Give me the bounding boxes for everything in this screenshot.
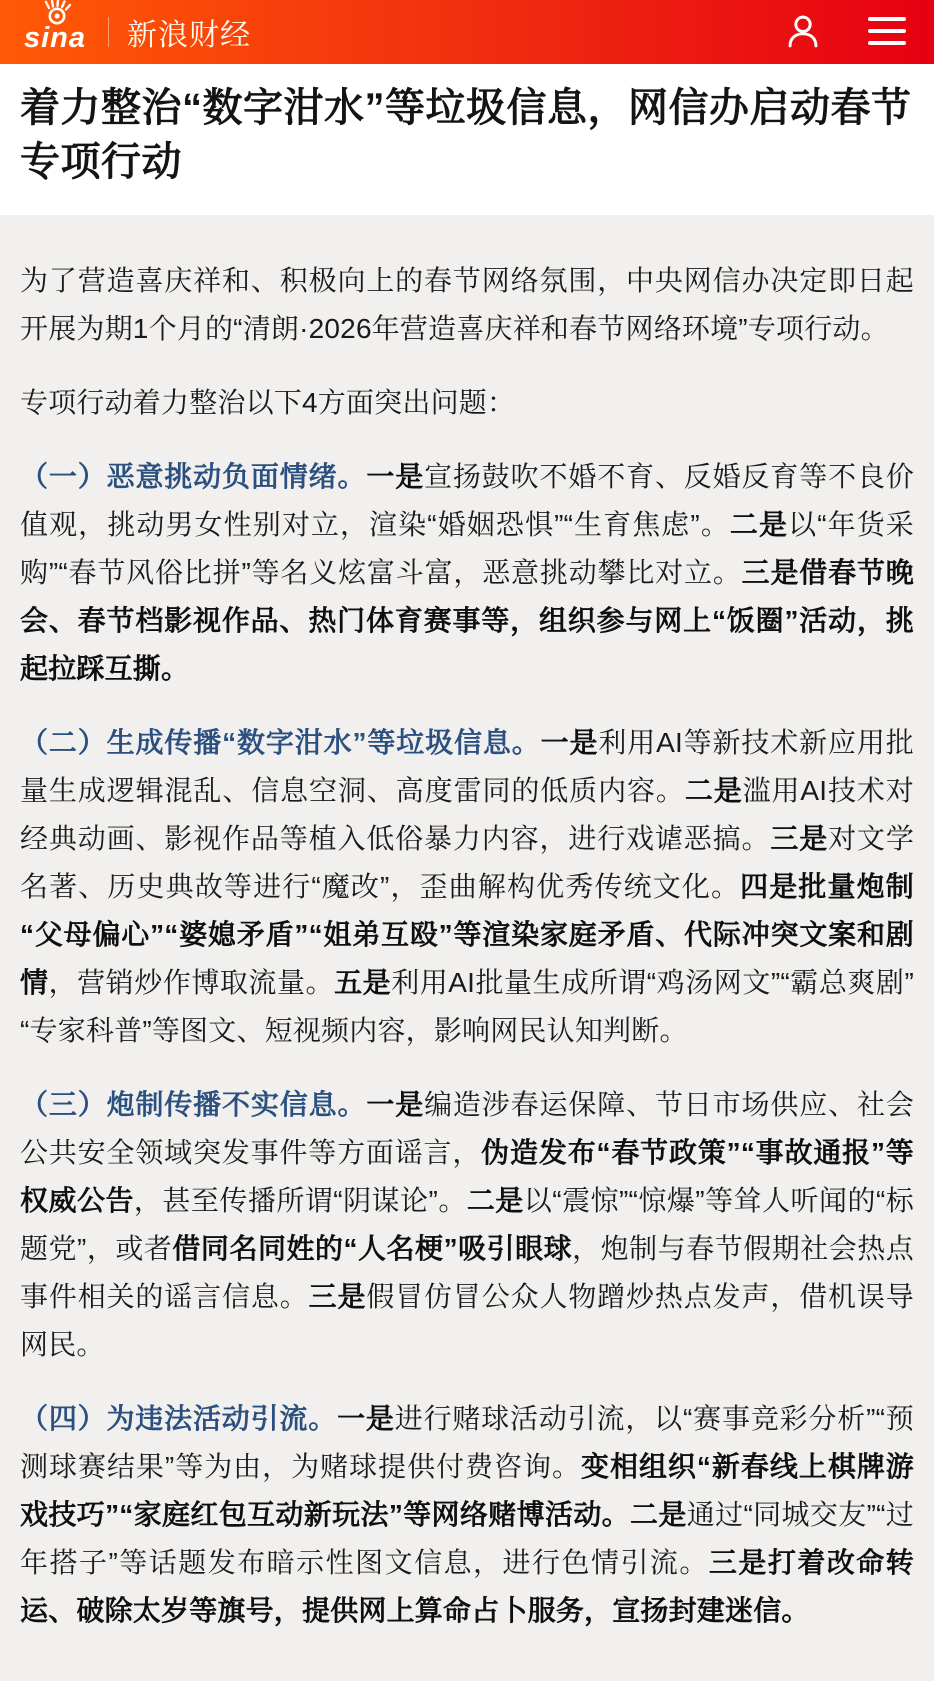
article-title: 着力整治“数字泔水”等垃圾信息，网信办启动春节专项行动 — [20, 81, 912, 189]
user-icon — [782, 10, 824, 55]
article-paragraph: 为了营造喜庆祥和、积极向上的春节网络氛围，中央网信办决定即日起开展为期1个月的“… — [20, 257, 914, 353]
title-section: 着力整治“数字泔水”等垃圾信息，网信办启动春节专项行动 — [0, 64, 934, 215]
article-paragraph: （二）生成传播“数字泔水”等垃圾信息。一是利用AI等新技术新应用批量生成逻辑混乱… — [20, 719, 914, 1055]
section-heading: （二）生成传播“数字泔水”等垃圾信息。 — [20, 727, 541, 758]
article-paragraph: （三）炮制传播不实信息。一是编造涉春运保障、节日市场供应、社会公共安全领域突发事… — [20, 1081, 914, 1369]
emphasis-text: 二是 — [730, 509, 788, 540]
emphasis-text: 二是 — [467, 1185, 524, 1216]
body-text: 为了营造喜庆祥和、积极向上的春节网络氛围，中央网信办决定即日起开展为期1个月的“… — [20, 265, 914, 344]
emphasis-text: 二是 — [630, 1499, 687, 1530]
body-text: 专项行动着力整治以下4方面突出问题： — [20, 387, 515, 418]
user-button[interactable] — [782, 10, 824, 55]
article-paragraph: 专项行动着力整治以下4方面突出问题： — [20, 379, 914, 427]
app-header: sina 新浪财经 — [0, 0, 934, 64]
body-text: ，甚至传播所谓“阴谋论”。 — [134, 1185, 467, 1216]
hamburger-menu-icon — [866, 14, 908, 51]
article-paragraph: （一）恶意挑动负面情绪。一是宣扬鼓吹不婚不育、反婚反育等不良价值观，挑动男女性别… — [20, 453, 914, 693]
site-name[interactable]: 新浪财经 — [127, 10, 251, 54]
section-heading: （一）恶意挑动负面情绪。 — [20, 461, 366, 492]
emphasis-text: 一是 — [337, 1403, 395, 1434]
emphasis-text: 一是 — [366, 1089, 424, 1120]
emphasis-text: 五是 — [334, 967, 391, 998]
article-body: 为了营造喜庆祥和、积极向上的春节网络氛围，中央网信办决定即日起开展为期1个月的“… — [0, 215, 934, 1681]
emphasis-text: 借同名同姓的“人名梗”吸引眼球 — [172, 1233, 572, 1264]
section-heading: （四）为违法活动引流。 — [20, 1403, 337, 1434]
emphasis-text: 三是 — [770, 823, 828, 854]
section-heading: （三）炮制传播不实信息。 — [20, 1089, 366, 1120]
sina-eye-icon — [40, 0, 74, 33]
emphasis-text: 一是 — [541, 727, 599, 758]
emphasis-text: 二是 — [685, 775, 743, 806]
header-divider — [108, 17, 109, 47]
emphasis-text: 三是 — [309, 1281, 367, 1312]
emphasis-text: 一是 — [366, 461, 424, 492]
article-paragraph: （四）为违法活动引流。一是进行赌球活动引流，以“赛事竞彩分析”“预测球赛结果”等… — [20, 1395, 914, 1635]
menu-button[interactable] — [866, 14, 908, 51]
sina-logo[interactable]: sina — [24, 12, 86, 53]
body-text: ，营销炒作博取流量。 — [49, 967, 335, 998]
